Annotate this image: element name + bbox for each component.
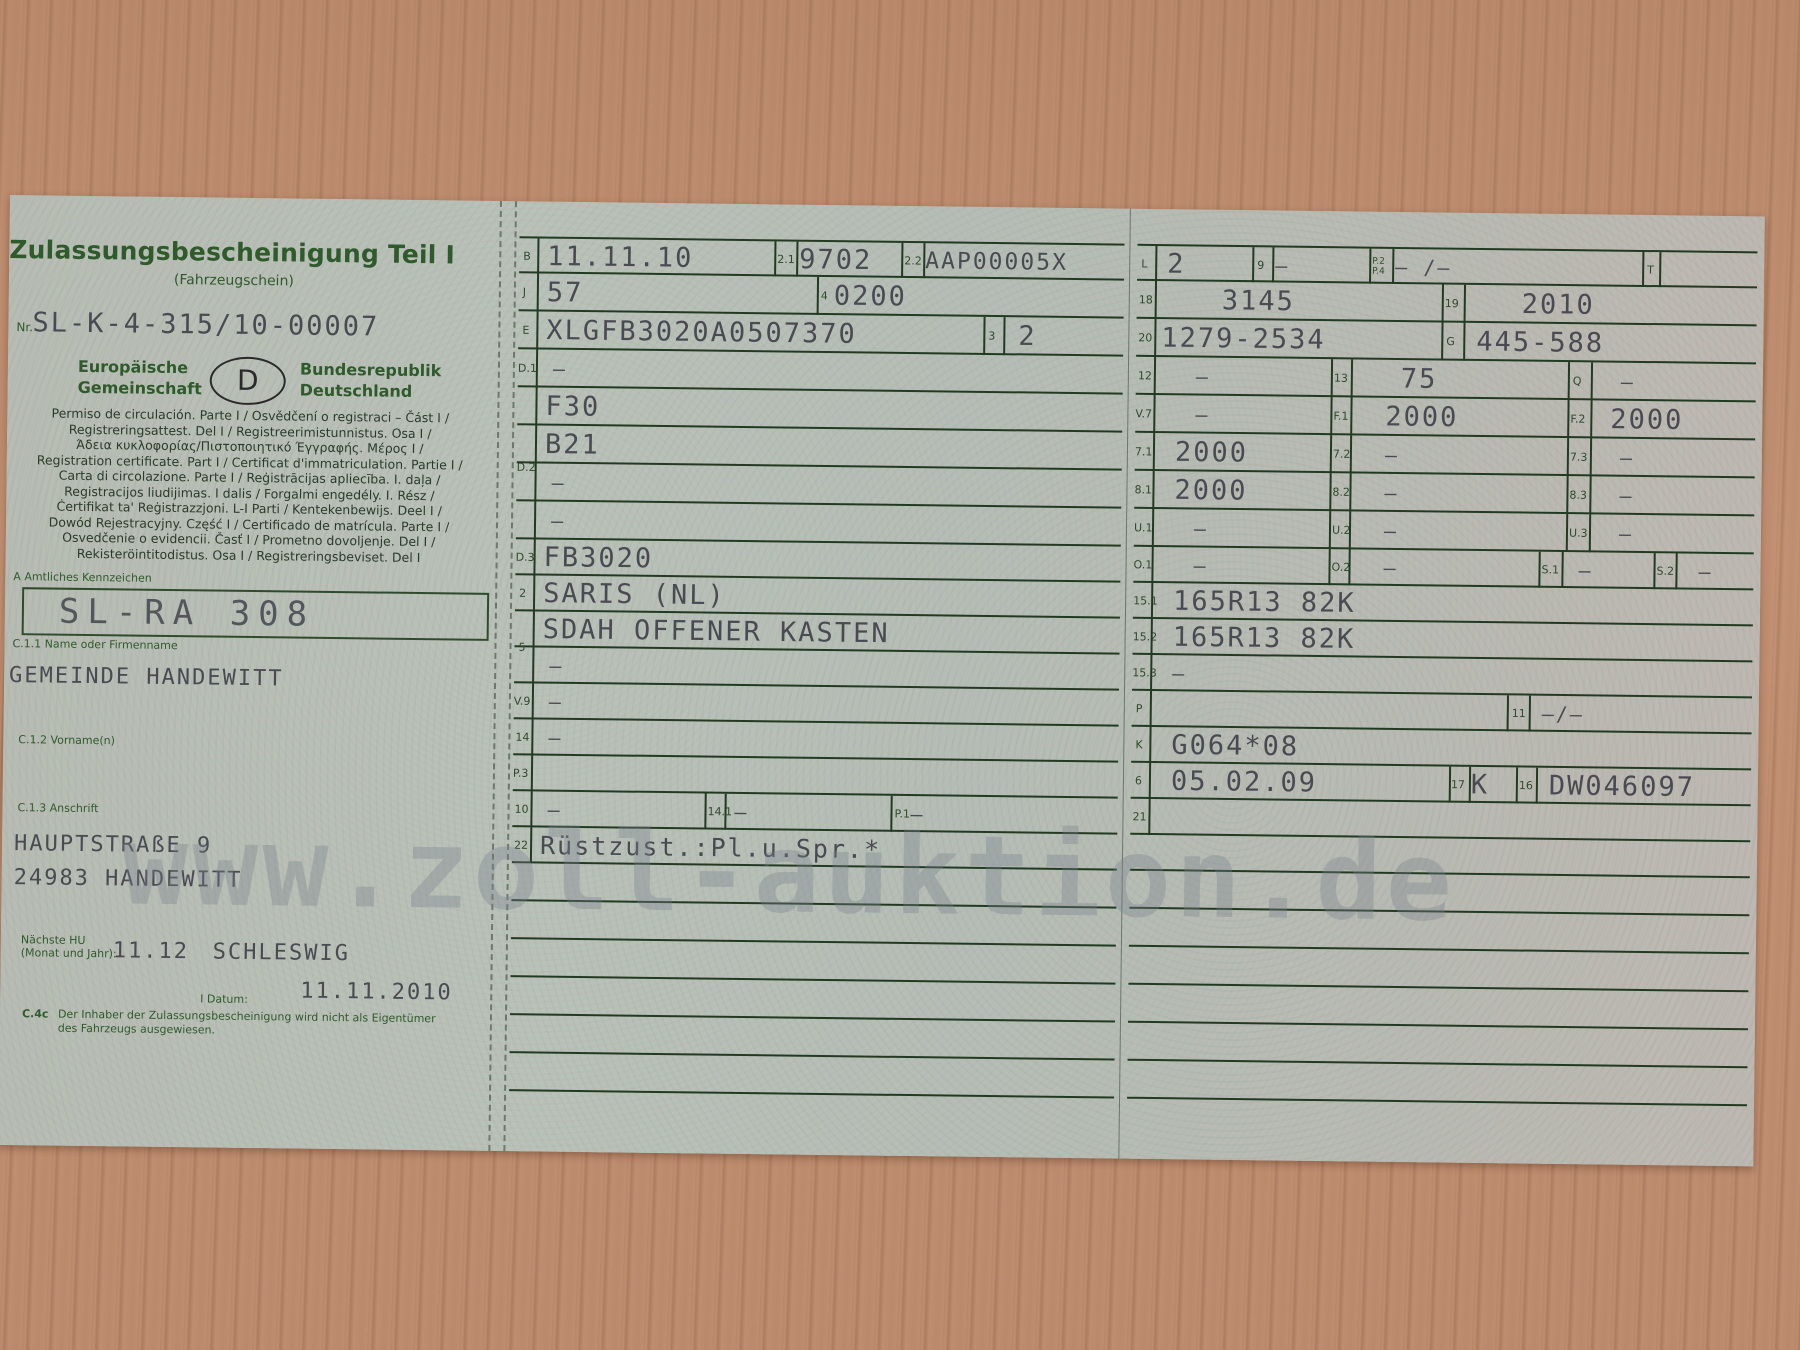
owner-name: GEMEINDE HANDEWITT: [9, 663, 284, 691]
next-inspection: 11.12: [113, 938, 190, 964]
blank-line: [1130, 869, 1750, 879]
field-u1-noise: –: [1194, 516, 1208, 540]
blank-line: [510, 975, 1115, 984]
plate-label: A Amtliches Kennzeichen: [13, 570, 152, 585]
country-label-line1: Bundesrepublik: [300, 359, 442, 382]
field-f2-permitted-mass: 2000: [1610, 404, 1683, 436]
field-15-3-tires: –: [1172, 661, 1186, 685]
field-code: 14.1: [707, 805, 732, 818]
field-j-vehicle-class: 57: [547, 277, 584, 308]
field-code: D.1: [518, 362, 537, 375]
field-code: 6: [1135, 774, 1142, 787]
field-code: 9: [1257, 258, 1264, 271]
field-b-first-registration: 11.11.10: [547, 241, 693, 274]
field-7-2-axle-load: –: [1385, 443, 1399, 467]
field-code: S.1: [1541, 563, 1559, 576]
field-16-certificate-number: DW046097: [1549, 770, 1695, 803]
country-label: Bundesrepublik Deutschland: [300, 359, 442, 403]
field-2-manufacturer: SARIS (NL): [543, 578, 726, 611]
field-8-3-axle-load: –: [1619, 484, 1633, 508]
field-4-body-type: 0200: [834, 281, 907, 313]
field-v9-emission-class: –: [549, 690, 563, 714]
field-code: 8.2: [1332, 486, 1350, 499]
field-15-2-tires: 165R13 82K: [1172, 622, 1355, 655]
field-code: V.9: [514, 695, 531, 708]
field-code: 4: [821, 289, 828, 302]
field-s2-standing: –: [1698, 560, 1712, 584]
field-l-axles: 2: [1167, 248, 1186, 279]
middle-panel: B 11.11.10 2.1 9702 2.2 AAP00005X J 57 4…: [508, 201, 1125, 1158]
nr-label: Nr.: [16, 320, 33, 334]
blank-line: [511, 899, 1116, 908]
left-panel: Zulassungsbescheinigung Teil I (Fahrzeug…: [0, 195, 495, 1151]
field-code: 2: [519, 587, 526, 600]
field-8-1-axle-load: 2000: [1174, 475, 1247, 507]
field-code: 11: [1512, 707, 1526, 720]
blank-line: [1127, 1097, 1747, 1107]
blank-line: [1128, 1021, 1748, 1031]
blank-line: [509, 1089, 1114, 1098]
field-3-check-digit: 2: [1018, 321, 1037, 352]
field-u3-drive-noise: –: [1619, 522, 1633, 546]
field-code: 2.1: [777, 252, 795, 265]
field-code: 18: [1139, 293, 1153, 306]
field-u2-rpm: –: [1384, 519, 1398, 543]
address-line2: 24983 HANDEWITT: [14, 865, 243, 893]
field-code: E: [522, 324, 529, 337]
field-code: 15.2: [1133, 630, 1158, 643]
field-5-vehicle-type: SDAH OFFENER KASTEN: [543, 614, 890, 649]
date-label: I Datum:: [200, 992, 248, 1006]
field-11-color-code: –/–: [1542, 702, 1584, 727]
field-d2-type: F30: [545, 391, 600, 423]
field-8-2-axle-load: –: [1384, 481, 1398, 505]
field-v7-co2: –: [1195, 402, 1209, 426]
field-code: U.1: [1134, 521, 1153, 534]
field-p1-displacement: –: [910, 802, 924, 826]
field-o1-braked-trailer: –: [1193, 553, 1207, 577]
field-code: U.3: [1569, 527, 1588, 540]
field-7-1-axle-load: 2000: [1175, 437, 1248, 469]
license-plate-box: SL-RA 308: [22, 587, 490, 641]
field-code: 10: [514, 803, 528, 816]
field-5-extra: –: [549, 654, 563, 678]
name-label: C.1.1 Name oder Firmenname: [12, 637, 177, 652]
field-17: K: [1471, 769, 1490, 800]
field-code: P: [1136, 702, 1143, 715]
field-code: F.1: [1333, 410, 1348, 423]
field-code: 14: [515, 731, 529, 744]
field-code: 7.2: [1333, 448, 1351, 461]
field-14-1: –: [734, 800, 748, 824]
issue-date: 11.11.2010: [300, 979, 453, 1006]
field-code: 5: [518, 641, 525, 654]
field-code: B: [523, 249, 531, 262]
field-code: 2.2: [904, 254, 922, 267]
document-subtitle: (Fahrzeugschein): [174, 272, 294, 289]
document-title: Zulassungsbescheinigung Teil I: [9, 235, 455, 269]
field-s1-seats: –: [1578, 558, 1592, 582]
field-k-approval-number: G064*08: [1171, 730, 1299, 763]
field-2-2-type-code: AAP00005X: [925, 248, 1068, 276]
blank-line: [511, 937, 1116, 946]
field-13-support-load: 75: [1401, 364, 1438, 395]
field-code: F.2: [1570, 413, 1585, 426]
field-code: S.2: [1656, 565, 1674, 578]
field-o2-unbraked-trailer: –: [1383, 556, 1397, 580]
field-f1-max-mass: 2000: [1385, 401, 1458, 433]
hu-label-line1: Nächste HU: [21, 933, 117, 947]
field-code: 3: [988, 329, 995, 342]
field-code: J: [523, 286, 526, 299]
blank-line: [1129, 907, 1749, 917]
field-code: P.3: [513, 767, 529, 780]
hu-label: Nächste HU (Monat und Jahr):: [21, 933, 117, 960]
field-12-tank-volume: –: [1196, 365, 1210, 389]
field-9-driven-axles: –: [1275, 253, 1289, 277]
field-d1-brand: –: [553, 357, 567, 381]
field-d3-trade-name: FB3020: [543, 542, 653, 574]
field-code: 13: [1334, 372, 1348, 385]
field-code: T: [1647, 263, 1654, 276]
license-plate: SL-RA 308: [59, 592, 316, 635]
field-code: Q: [1573, 375, 1582, 388]
hu-label-line2: (Monat und Jahr):: [21, 946, 117, 960]
field-d2-variant: B21: [545, 429, 600, 461]
field-code: 22: [514, 839, 528, 852]
field-p2-p4-power-rpm: – /–: [1395, 254, 1451, 279]
field-d2-version: –: [551, 471, 565, 495]
field-10: –: [547, 798, 561, 822]
multilingual-titles: Permiso de circulación. Parte I / Osvědč…: [14, 405, 486, 566]
field-code: 21: [1132, 810, 1146, 823]
blank-line: [1129, 945, 1749, 955]
field-code: 15.3: [1132, 666, 1157, 679]
field-code: 7.1: [1135, 445, 1153, 458]
field-22-remarks: Rüstzust.:Pl.u.Spr.*: [540, 831, 881, 864]
eu-label-line2: Gemeinschaft: [78, 377, 202, 400]
field-code: 8.1: [1134, 483, 1152, 496]
field-code: 12: [1138, 369, 1152, 382]
document-number: SL-K-4-315/10-00007: [32, 307, 379, 342]
field-7-3-axle-load: –: [1620, 446, 1634, 470]
field-14-emission-directive: –: [548, 726, 562, 750]
registration-certificate: Zulassungsbescheinigung Teil I (Fahrzeug…: [0, 195, 1765, 1166]
field-code: 8.3: [1569, 489, 1587, 502]
field-q-power-weight: –: [1621, 370, 1635, 394]
c4c-notice: Der Inhaber der Zulassungsbescheinigung …: [58, 1008, 458, 1041]
field-code: 19: [1445, 297, 1459, 310]
country-label-line2: Deutschland: [300, 380, 442, 403]
eu-label-line1: Europäische: [78, 356, 202, 379]
field-2-1-manufacturer-code: 9702: [799, 244, 872, 276]
field-code: G: [1446, 335, 1455, 348]
field-code: L: [1141, 257, 1147, 270]
firstname-label: C.1.2 Vorname(n): [18, 733, 115, 747]
field-18-length: 3145: [1222, 285, 1295, 317]
issuing-place: SCHLESWIG: [213, 940, 351, 967]
field-19-year: 2010: [1522, 289, 1595, 321]
country-oval-icon: D: [209, 356, 286, 405]
right-panel: L 2 9 – P.2 P.4 – /– T 18 3145 19 2010 2…: [1126, 209, 1758, 1167]
field-code: 20: [1138, 331, 1152, 344]
address-label: C.1.3 Anschrift: [17, 801, 98, 815]
address-line1: HAUPTSTRAßE 9: [14, 831, 212, 858]
field-code: V.7: [1135, 407, 1152, 420]
blank-line: [1128, 983, 1748, 993]
field-code: D.3: [516, 551, 535, 564]
field-d2-extra: –: [551, 509, 565, 533]
field-code: P.1: [894, 807, 910, 820]
field-e-vin: XLGFB3020A0507370: [546, 315, 857, 350]
blank-line: [510, 1051, 1115, 1060]
c4c-code: C.4c: [22, 1007, 49, 1020]
blank-line: [510, 1013, 1115, 1022]
field-code: K: [1135, 738, 1142, 751]
field-6-approval-date: 05.02.09: [1171, 766, 1317, 799]
blank-line: [1128, 1059, 1748, 1069]
field-20-width-height: 1279-2534: [1161, 323, 1326, 356]
field-code: 17: [1451, 778, 1465, 791]
field-code: O.1: [1133, 558, 1152, 571]
field-code: U.2: [1332, 524, 1351, 537]
field-code: P.2 P.4: [1372, 256, 1385, 276]
eu-label: Europäische Gemeinschaft: [78, 356, 203, 400]
field-code: 7.3: [1570, 451, 1588, 464]
field-15-1-tires: 165R13 82K: [1173, 586, 1356, 619]
field-g-empty-mass: 445-588: [1476, 326, 1604, 359]
field-code: 16: [1519, 779, 1533, 792]
field-code: 15.1: [1133, 594, 1158, 607]
